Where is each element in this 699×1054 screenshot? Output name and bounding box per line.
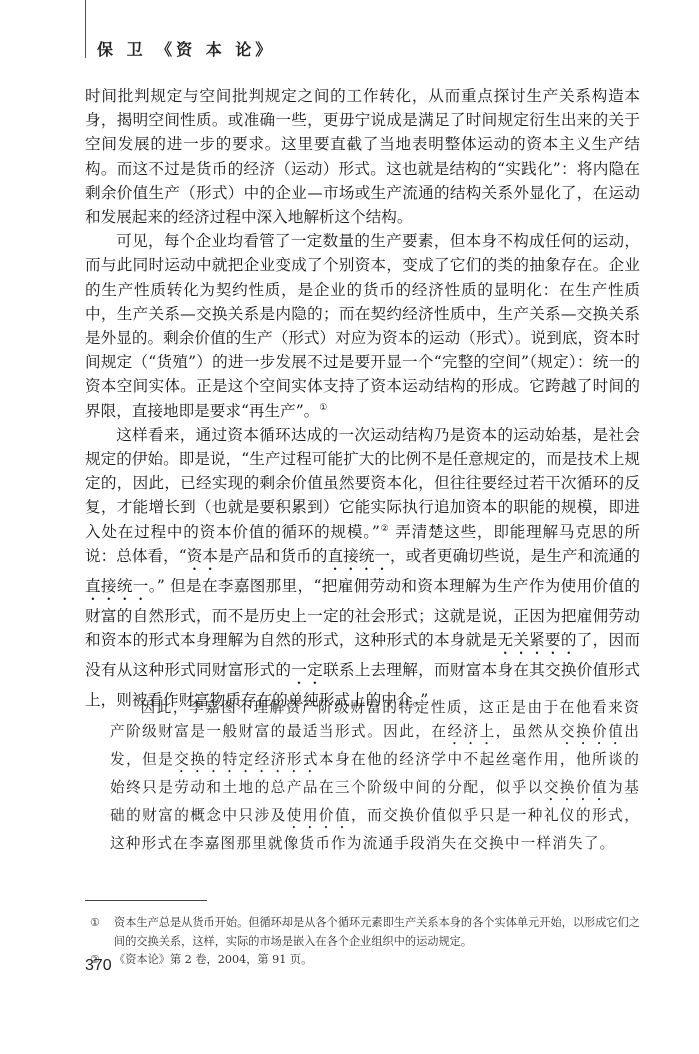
paragraph-3-text: ，或者更确切些说，是生产和流通的 xyxy=(390,547,640,565)
paragraph-2: 可见，每个企业均看管了一定数量的生产要素，但本身不构成任何的运动，而与此同时运动… xyxy=(85,229,640,423)
emphasis-text: 直接统一 xyxy=(327,547,390,565)
margin-rule xyxy=(85,0,86,58)
emphasis-text: 交换价值 xyxy=(544,779,608,796)
paragraph-3: 这样看来，通过资本循环达成的一次运动结构乃是资本的运动始基，是社会规定的伊始。即… xyxy=(85,423,640,712)
footnotes: ① 资本生产总是从货币开始。但循环却是从各个循环元素即生产关系本身的各个实体单元… xyxy=(85,914,640,970)
emphasis-text: 一定 xyxy=(291,661,323,679)
emphasis-text: 直接统一 xyxy=(85,577,149,595)
main-body-text: 时间批判规定与空间批判规定之间的工作转化，从而重点探讨生产关系构造本身，揭明空间… xyxy=(85,84,640,712)
emphasis-text: 交换价值 xyxy=(560,723,624,740)
quote-text: ，虽然从 xyxy=(496,723,560,740)
block-quote: 因此，李嘉图不理解资产阶级财富的特定性质，这正是由于在他看来资产阶级财富是一般财… xyxy=(110,696,640,856)
footnote-text: 《资本论》第 2 卷，2004，第 91 页。 xyxy=(114,951,640,970)
paragraph-2-text: 可见，每个企业均看管了一定数量的生产要素，但本身不构成任何的运动，而与此同时运动… xyxy=(85,232,640,419)
page-number: 370 xyxy=(85,957,112,975)
emphasis-text: 交换的特定经济形式 xyxy=(174,751,319,768)
emphasis-text: 使用价值 xyxy=(287,807,351,824)
paragraph-1: 时间批判规定与空间批判规定之间的工作转化，从而重点探讨生产关系构造本身，揭明空间… xyxy=(85,84,640,229)
paragraph-3-text: 是产品和货币的 xyxy=(218,547,327,565)
footnote-2: ② 《资本论》第 2 卷，2004，第 91 页。 xyxy=(85,951,640,970)
footnote-divider xyxy=(85,900,207,901)
running-head-title: 保 卫 《资 本 论》 xyxy=(97,37,275,60)
footnote-text: 资本生产总是从货币开始。但循环却是从各个循环元素即生产关系本身的各个实体单元开始… xyxy=(114,914,640,951)
block-quote-paragraph: 因此，李嘉图不理解资产阶级财富的特定性质，这正是由于在他看来资产阶级财富是一般财… xyxy=(110,696,640,856)
emphasis-text: 经济上 xyxy=(447,723,495,740)
footnote-ref-1[interactable]: ① xyxy=(319,403,327,413)
emphasis-text: 无关紧要的 xyxy=(497,631,576,649)
footnote-1: ① 资本生产总是从货币开始。但循环却是从各个循环元素即生产关系本身的各个实体单元… xyxy=(85,914,640,951)
footnote-marker: ① xyxy=(85,914,114,951)
emphasis-text: 资本 xyxy=(187,547,218,565)
